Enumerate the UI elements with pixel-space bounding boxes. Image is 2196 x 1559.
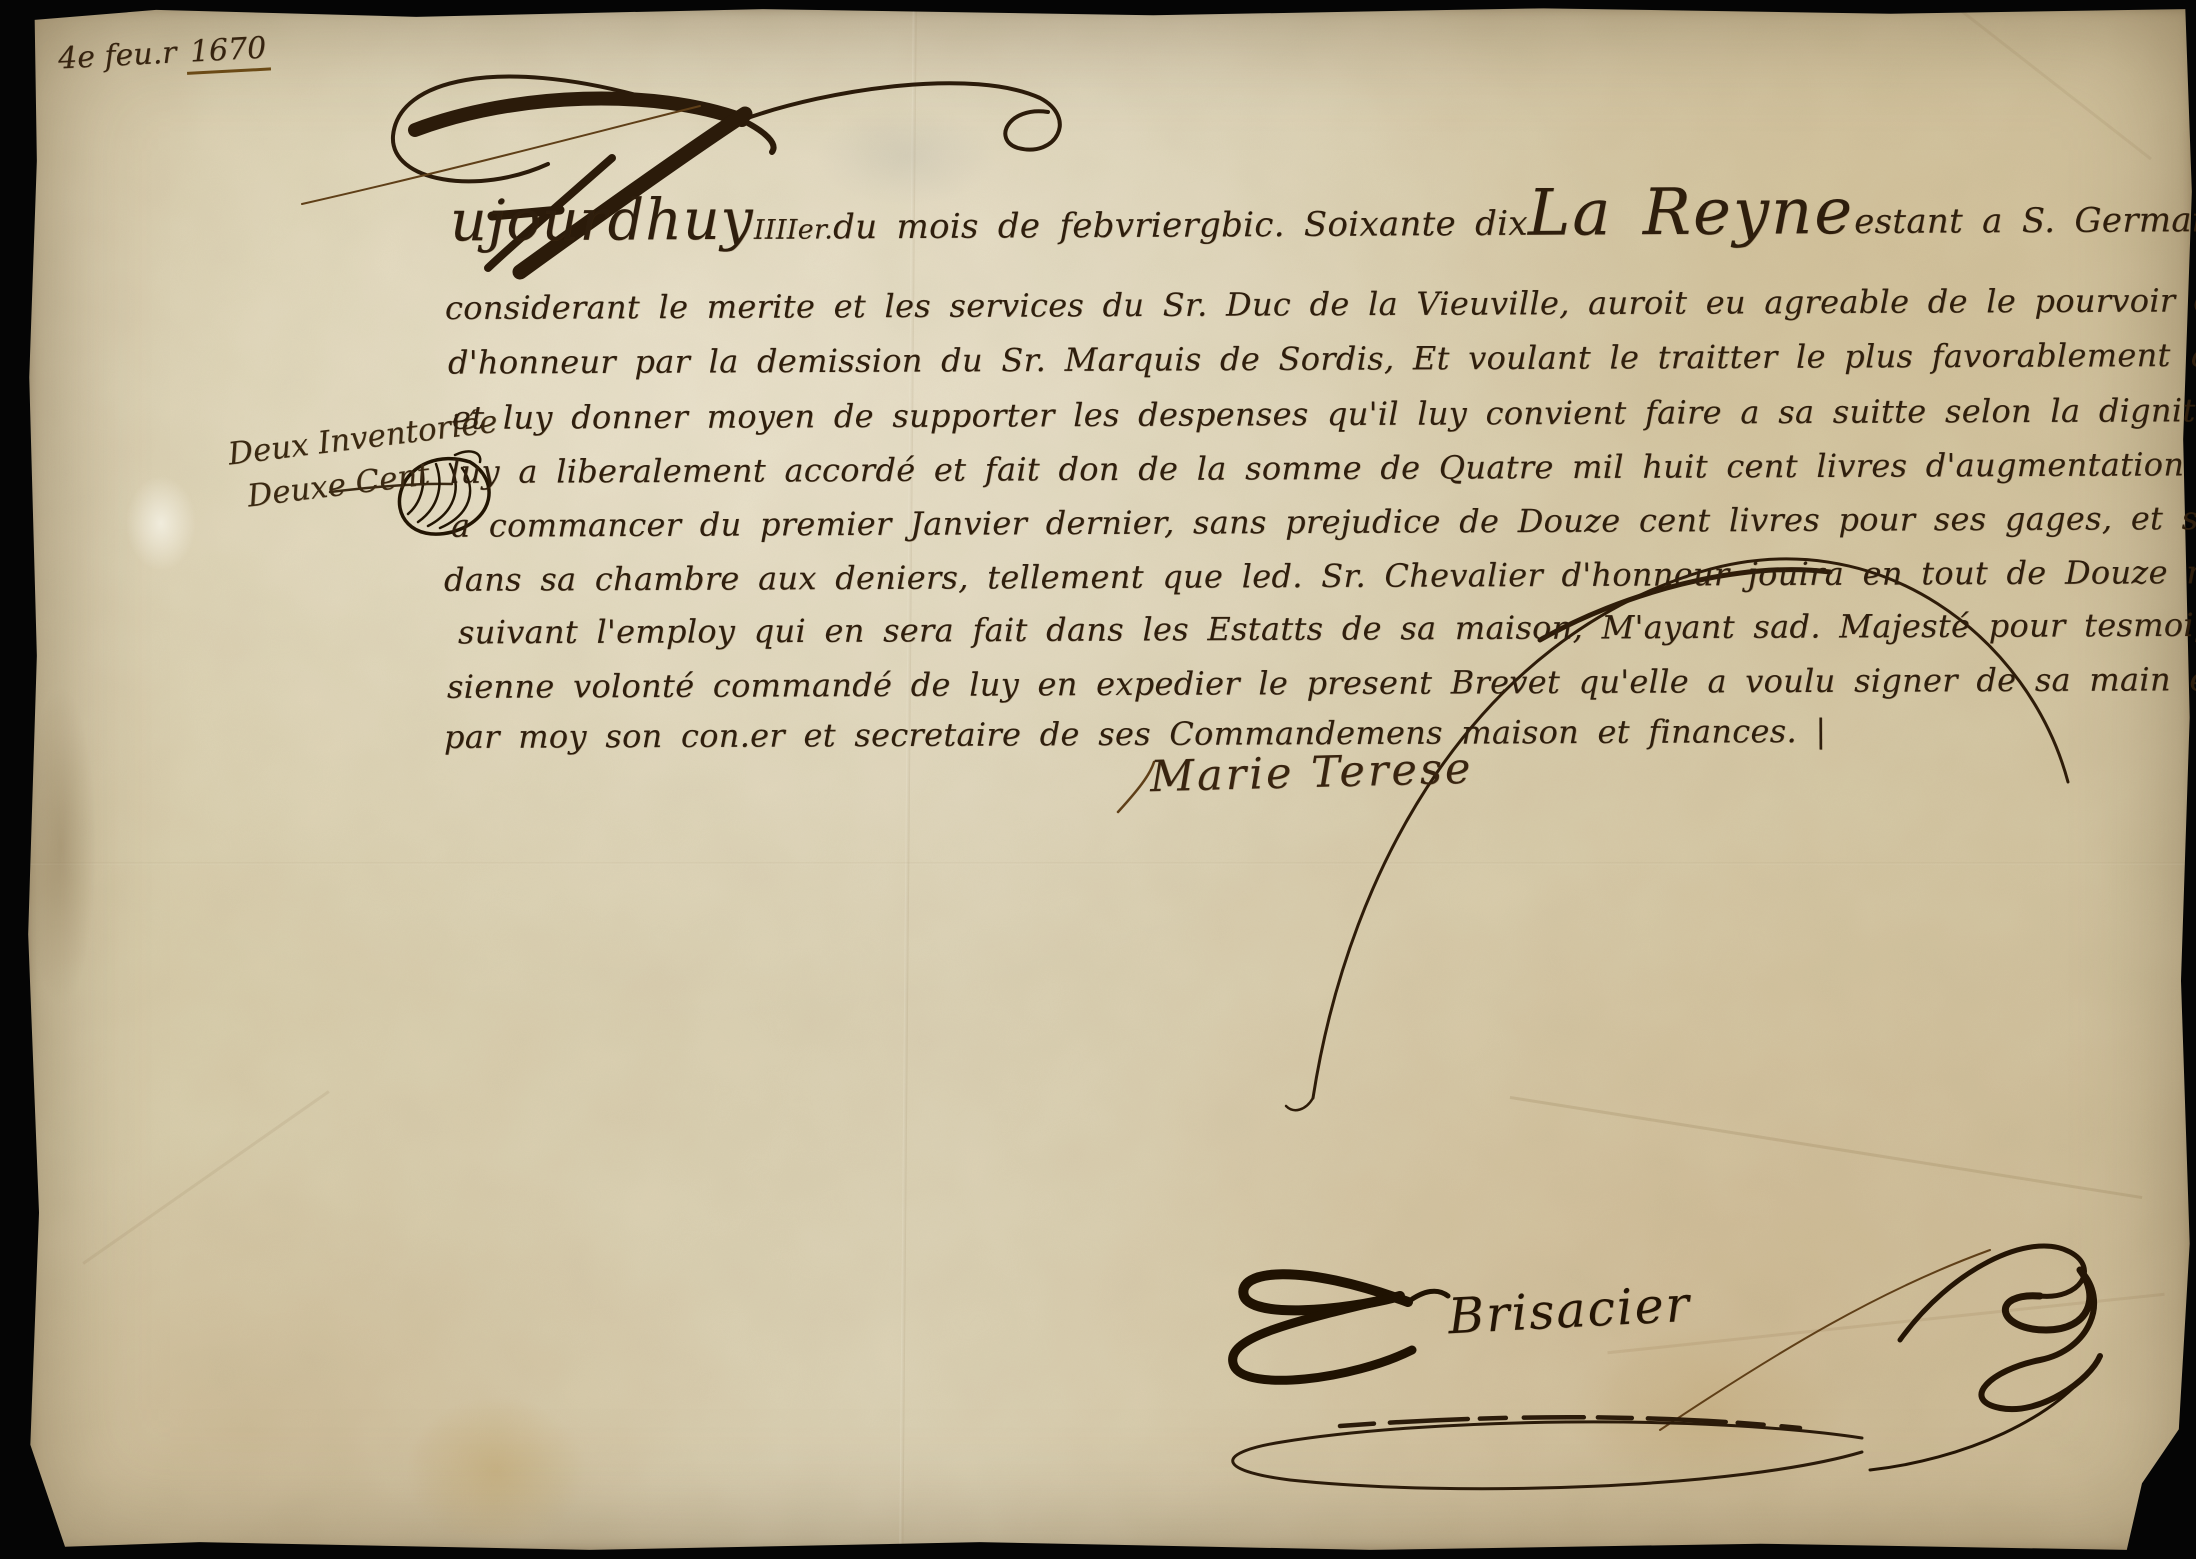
heading-word-aujourdhuy: ujourdhuy <box>450 187 754 255</box>
manuscript-line: d'honneur par la demission du Sr. Marqui… <box>448 334 2196 381</box>
heading-la-reyne: La Reyne <box>1528 175 1855 251</box>
heading-year-phrase: gbic. Soixante dix <box>1199 204 1528 246</box>
heading-month-phrase: du mois de febvrier <box>833 205 1199 247</box>
manuscript-scan: 4e feu.r 1670 Deux Inventoriée Deuxe Cen… <box>0 0 2196 1559</box>
initial-letter-text: A <box>450 182 451 183</box>
archival-date-year: 1670 <box>185 30 271 74</box>
countersignature-particle-text: De <box>0 0 1 1</box>
manuscript-heading-line: A ujourdhuy IIIIer. du mois de febvrier … <box>450 174 2132 257</box>
manuscript-line: par moy son con.er et secretaire de ses … <box>444 712 1827 756</box>
royal-signature: Marie Terese <box>1149 744 1474 802</box>
archival-date-prefix: 4e feu.r <box>57 35 177 76</box>
heading-day-ordinal: IIIIer. <box>754 214 833 245</box>
heading-place-phrase: estant a S. Germain en Lay <box>1854 199 2196 242</box>
manuscript-line: suivant l'employ qui en sera fait dans l… <box>458 605 2196 652</box>
